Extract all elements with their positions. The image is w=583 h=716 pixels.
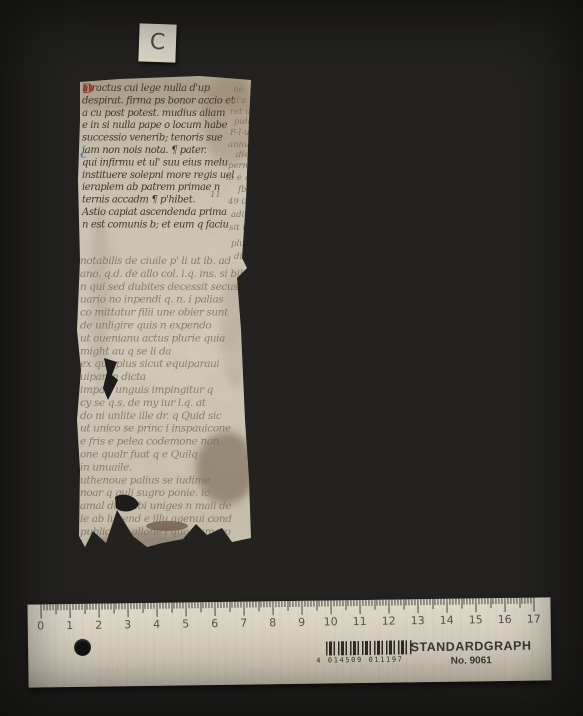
ruler-number: 4 [153, 618, 160, 631]
ruler-tick [400, 599, 401, 605]
ruler-tick [101, 604, 102, 610]
manuscript-line: qui infirmu et ul' suu eius melu [82, 157, 228, 168]
manuscript-line: cy se q.s. de my iur l.q. at [80, 397, 207, 409]
ruler-number: 13 [411, 614, 425, 627]
ruler-number: 15 [469, 613, 483, 626]
ruler-tick [336, 600, 337, 606]
manuscript-line: nil'a [228, 96, 246, 106]
ruler-number: 5 [182, 617, 189, 630]
ruler-tick [345, 600, 346, 610]
ruler-tick [133, 603, 134, 609]
ruler-tick [394, 600, 395, 606]
ruler-tick [55, 604, 56, 614]
ruler-tick [368, 600, 369, 606]
ruler-tick [455, 599, 456, 605]
ruler-tick [61, 604, 62, 610]
ruler-tick [212, 602, 213, 608]
ruler-tick [533, 598, 534, 612]
ruler-tick [359, 600, 360, 614]
ruler-tick [472, 598, 473, 604]
manuscript-line: e fris e pelea codemone non [80, 436, 220, 448]
manuscript-line: uthenoue palius se iudime [80, 474, 210, 486]
manuscript-line: one qualr fuat q e Quilq [80, 449, 198, 461]
manuscript-line: successio venerib; tenoris sue [82, 133, 223, 144]
ruler-tick [528, 598, 529, 604]
manuscript-line: fbo [237, 185, 252, 195]
manuscript-line: uario no inpendi q. n. i palias [80, 294, 224, 306]
ruler-tick [243, 602, 244, 616]
ruler-number: 6 [211, 617, 218, 630]
ruler-tick [507, 598, 508, 604]
ruler-tick [452, 599, 453, 605]
ruler-tick [194, 602, 195, 608]
manuscript-line: F-l-u [229, 128, 249, 138]
ruler-tick [255, 601, 256, 607]
manuscript-line: ret u [230, 107, 251, 117]
ruler-number: 9 [298, 616, 305, 629]
ruler-tick [374, 600, 375, 610]
ruler-tick [354, 600, 355, 606]
ruler-tick [72, 604, 73, 610]
manuscript-line: n est comunis b; et eum q faciu [82, 219, 229, 230]
ruler-tick [127, 603, 128, 617]
manuscript-line: die [236, 150, 249, 160]
ruler-tick [275, 601, 276, 607]
ruler-tick [58, 604, 59, 610]
ruler-tick [64, 604, 65, 610]
ruler-tick [357, 600, 358, 606]
ruler-tick [313, 601, 314, 607]
ruler-tick [81, 604, 82, 610]
barcode-bars [326, 640, 412, 655]
ruler-tick [46, 604, 47, 610]
ruler-model-label: No. 9061 [406, 655, 536, 668]
ruler-tick [296, 601, 297, 607]
ruler-tick [171, 603, 172, 613]
ruler-tick [142, 603, 143, 613]
manuscript-line: amal dicet ibi uniges n mali de [80, 500, 231, 512]
label-tile: C [138, 23, 176, 62]
ruler-tick [391, 600, 392, 606]
ruler-tick [484, 598, 485, 604]
ruler-tick [499, 598, 500, 604]
manuscript-line: ut ouenianu actus plurie quia [80, 332, 225, 344]
manuscript-line: pide [234, 117, 253, 127]
ruler-tick [104, 604, 105, 610]
ruler-tick [200, 602, 201, 612]
ruler-tick [84, 604, 85, 614]
ruler-number: 2 [95, 619, 102, 632]
ruler-tick [516, 598, 517, 604]
ruler-tick [530, 598, 531, 604]
ruler-tick [365, 600, 366, 606]
ruler-tick [380, 600, 381, 606]
manuscript-line: sit ud [229, 223, 254, 233]
manuscript-line: plut [231, 239, 249, 249]
ruler-tick [258, 601, 259, 611]
ruler-tick [441, 599, 442, 605]
manuscript-line: de unligire quis n expendo [80, 320, 211, 332]
manuscript-line: dicm [234, 252, 255, 262]
ruler-tick [217, 602, 218, 608]
ruler-tick [449, 599, 450, 605]
ruler-tick [426, 599, 427, 605]
ruler-tick [67, 604, 68, 610]
manuscript-line: le ab lugend e illu agenui cond [80, 513, 232, 525]
ruler-tick [139, 603, 140, 609]
manuscript-line: might au q se li da [80, 345, 171, 357]
ruler-tick [403, 599, 404, 609]
ruler-tick [235, 602, 236, 608]
ruler-tick [519, 598, 520, 608]
ruler-tick [96, 604, 97, 610]
ruler-number: 12 [382, 615, 396, 628]
ruler-tick [299, 601, 300, 607]
ruler-tick [40, 604, 41, 618]
ruler-brand-block: STANDARDGRAPH No. 9061 [406, 639, 536, 668]
ruler-tick [125, 603, 126, 609]
ruler-tick [145, 603, 146, 609]
ruler-tick [333, 600, 334, 606]
manuscript-line: perm [228, 161, 251, 171]
manuscript-line: adia [231, 210, 249, 220]
ruler-tick [397, 599, 398, 605]
manuscript-line: ut unico se princ i inspauicone [80, 423, 231, 435]
manuscript-line: impari unguis impingitur q [80, 384, 214, 396]
ruler-tick [420, 599, 421, 605]
ruler-tick [461, 599, 462, 609]
ruler-tick [270, 601, 271, 607]
manuscript-line: iam non nois nota. ¶ pater. [82, 145, 207, 156]
ruler-tick [226, 602, 227, 608]
ruler-tick [348, 600, 349, 606]
ruler-tick [278, 601, 279, 607]
ruler-tick [98, 604, 99, 618]
ruler-tick [49, 604, 50, 610]
ruler-tick [362, 600, 363, 606]
ruler-tick [322, 601, 323, 607]
ruler-tick [209, 602, 210, 608]
ruler-tick [156, 603, 157, 617]
ruler-tick [501, 598, 502, 604]
ruler-number: 0 [37, 619, 44, 632]
ruler-tick [87, 604, 88, 610]
ruler-tick [316, 601, 317, 611]
ruler-tick [180, 603, 181, 609]
barcode: 4 014509 011197 [316, 640, 416, 664]
ruler-tick [107, 604, 108, 610]
manuscript-line: despirat. firma ps bonor accio et [82, 95, 236, 106]
ruler-tick [417, 599, 418, 613]
ruler-number: 11 [353, 615, 367, 628]
ruler-tick [328, 600, 329, 606]
ruler-tick [293, 601, 294, 607]
ruler-tick [229, 602, 230, 612]
ruler-tick [151, 603, 152, 609]
ruler-tick [371, 600, 372, 606]
manuscript-line: noar q quli sugro ponie. ic [80, 487, 210, 499]
ruler-tick [241, 602, 242, 608]
ruler-tick [246, 602, 247, 608]
ruler-tick [188, 602, 189, 608]
ruler-tick [119, 603, 120, 609]
manuscript-line: co mittatur filii une obier sunt [80, 307, 229, 319]
manuscript-line: 11 [210, 190, 221, 200]
ruler-tick [223, 602, 224, 608]
ruler-tick [206, 602, 207, 608]
ruler-tick [183, 602, 184, 608]
manuscript-line: Astio capiat ascendenda prima [81, 207, 227, 218]
manuscript-line: ternis accadm ¶ p'hibet. [82, 195, 195, 206]
manuscript-line: ano. q.d. de allo col. i.q. ins. si bike [80, 268, 252, 280]
ruler-tick [487, 598, 488, 604]
ruler-tick [386, 600, 387, 606]
manuscript-line: ne [233, 85, 244, 95]
ruler-tick [443, 599, 444, 605]
ruler-tick [290, 601, 291, 607]
ruler-tick [165, 603, 166, 609]
ruler-tick [168, 603, 169, 609]
red-initial: D [82, 82, 93, 97]
ruler-tick [351, 600, 352, 606]
ruler-tick [470, 598, 471, 604]
manuscript-line: notabilis de ciuile p' li ut ib. ad [80, 255, 231, 267]
ruler-tick [330, 600, 331, 614]
ruler-tick [510, 598, 511, 604]
ruler-brand-label: STANDARDGRAPH [406, 639, 536, 655]
ruler-tick [93, 604, 94, 610]
ruler-tick [113, 603, 114, 613]
ruler-tick [412, 599, 413, 605]
ruler-tick [159, 603, 160, 609]
ruler-tick [284, 601, 285, 607]
ruler-tick [339, 600, 340, 606]
ruler-tick [325, 600, 326, 606]
manuscript-line: ieraplem ab patrem primae n [82, 182, 220, 193]
ruler-tick [388, 600, 389, 614]
ruler-number: 14 [440, 614, 454, 627]
ruler-tick [78, 604, 79, 610]
manuscript-line: ib e q [226, 173, 251, 183]
manuscript-line: instituere solepni more regis uel [82, 170, 234, 181]
ruler-tick [304, 601, 305, 607]
ruler-tick [435, 599, 436, 605]
ruler-tick [438, 599, 439, 605]
ruler-tick [429, 599, 430, 605]
ruler-tick [197, 602, 198, 608]
ruler-tick [493, 598, 494, 604]
ruler-tick [272, 601, 273, 615]
ruler-tick [214, 602, 215, 616]
ruler-tick [264, 601, 265, 607]
ruler-tick [136, 603, 137, 609]
ruler-tick [267, 601, 268, 607]
ruler-tick [220, 602, 221, 608]
ruler-tick [522, 598, 523, 604]
ruler-tick [310, 601, 311, 607]
ruler-tick [130, 603, 131, 609]
ruler-tick [122, 603, 123, 609]
ruler-tick [406, 599, 407, 605]
ruler-tick [232, 602, 233, 608]
manuscript-line: n qui sed dubites decessit secus [80, 281, 239, 293]
manuscript-line: 49 0 [227, 197, 248, 207]
ruler-number: 3 [124, 618, 131, 631]
ruler-tick [249, 602, 250, 608]
ruler-tick [415, 599, 416, 605]
ruler-number: 7 [240, 617, 247, 630]
ruler-tick [90, 604, 91, 610]
ruler-tick [261, 601, 262, 607]
manuscript-line: in unuaile. [80, 461, 132, 473]
manuscript-line: publice et allone i qua numero [80, 526, 231, 538]
ruler-tick [504, 598, 505, 612]
ruler-tick [478, 598, 479, 604]
ruler-tick [154, 603, 155, 609]
ruler-tick [174, 603, 175, 609]
ruler-hole [74, 639, 91, 656]
ruler-tick [185, 602, 186, 616]
ruler-tick [513, 598, 514, 604]
ruler-tick [238, 602, 239, 608]
ruler-tick [116, 603, 117, 609]
ruler-tick [475, 598, 476, 612]
ruler-tick [307, 601, 308, 607]
ruler: 01234567891011121314151617 4 014509 0111… [27, 597, 551, 687]
text-block-upper: ntractus cui lege nulla d'updespirat. fi… [81, 83, 236, 230]
label-tile-letter: C [149, 32, 165, 55]
ruler-tick [69, 604, 70, 618]
manuscript-line: ntractus cui lege nulla d'up [82, 83, 211, 94]
ruler-tick [203, 602, 204, 608]
manuscript-line: 1 A [247, 328, 261, 338]
manuscript-line: annu [228, 140, 250, 150]
ruler-tick [191, 602, 192, 608]
manuscript-line: a cu post potest. mudius aliam [82, 108, 225, 119]
ruler-tick [110, 603, 111, 609]
manuscript-line: do ni unlite ille dr. q Quid sic [80, 410, 222, 422]
ruler-tick [342, 600, 343, 606]
ruler-number: 16 [498, 613, 512, 626]
ruler-tick [75, 604, 76, 610]
ruler-tick [281, 601, 282, 607]
ruler-number: 10 [324, 615, 338, 628]
ruler-tick [319, 601, 320, 607]
barcode-digits: 4 014509 011197 [316, 655, 416, 664]
ruler-tick [496, 598, 497, 604]
ruler-tick [432, 599, 433, 609]
manuscript-line: ex quo plus sicut equiparaui [80, 358, 219, 370]
ruler-tick [467, 599, 468, 605]
ruler-tick [423, 599, 424, 605]
ruler-tick [409, 599, 410, 605]
blue-initial: c [80, 148, 87, 161]
ruler-tick [148, 603, 149, 609]
ruler-number: 17 [527, 612, 541, 625]
ruler-tick [446, 599, 447, 613]
ruler-tick [490, 598, 491, 608]
ruler-tick [458, 599, 459, 605]
ruler-tick [464, 599, 465, 605]
ruler-tick [287, 601, 288, 611]
ruler-tick [481, 598, 482, 604]
ruler-number: 1 [66, 619, 73, 632]
photo: C [0, 0, 583, 716]
ruler-tick [162, 603, 163, 609]
ruler-number: 8 [269, 616, 276, 629]
ruler-tick [252, 602, 253, 608]
ruler-tick [43, 604, 44, 610]
ruler-tick [301, 601, 302, 615]
ruler-tick [383, 600, 384, 606]
ruler-tick [377, 600, 378, 606]
ruler-tick [177, 603, 178, 609]
manuscript-line: e in si nulla pape o locum habe [82, 120, 228, 131]
ruler-tick [52, 604, 53, 610]
ruler-tick [525, 598, 526, 604]
